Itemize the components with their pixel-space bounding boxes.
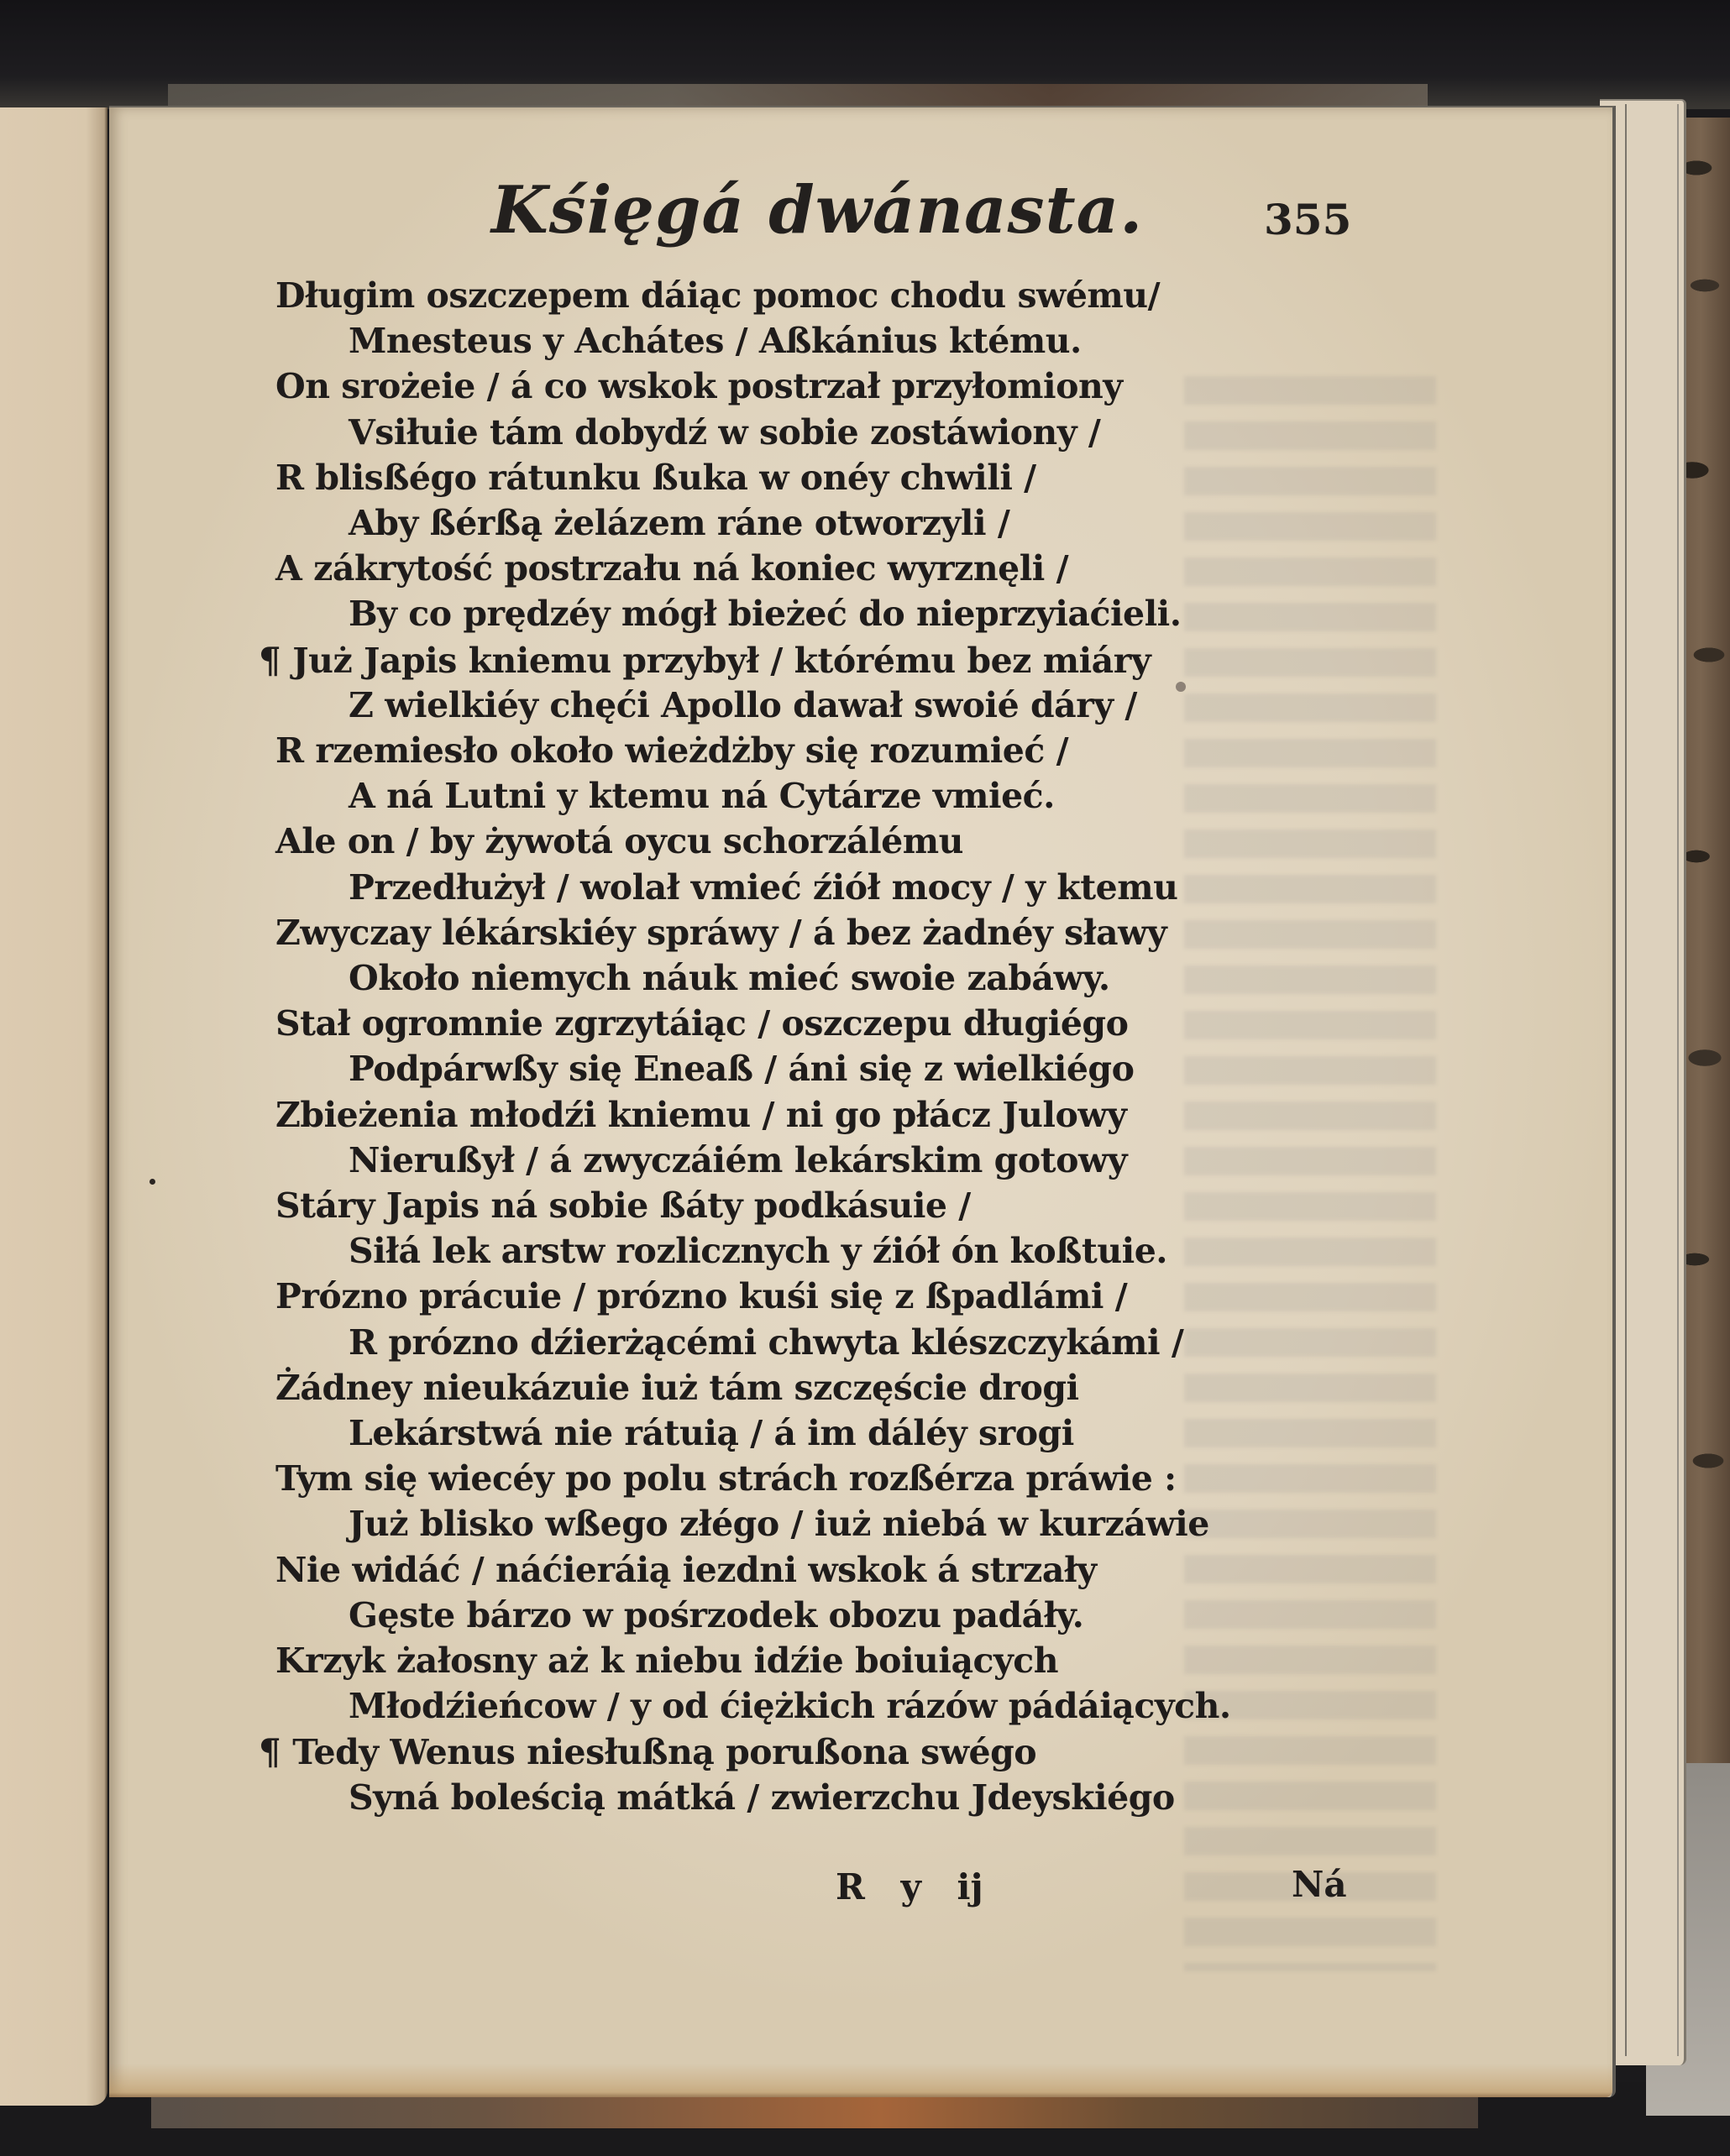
verse-line: By co prędzéy mógł bieżeć do nieprzyiaći… <box>349 594 1182 634</box>
verse-text: Vsiłuie tám dobydź w sobie zostáwiony / <box>349 412 1100 453</box>
verse-line: Stáry Japis ná sobie ßáty podkásuie / <box>275 1185 971 1226</box>
verse-line: Z wielkiéy chęći Apollo dawał swoié dáry… <box>349 685 1137 725</box>
verse-text: Gęste bárzo w pośrzodek obozu padáły. <box>349 1595 1083 1635</box>
verse-text: Podpárwßy się Eneaß / áni się z wielkiég… <box>349 1049 1134 1089</box>
show-through-text <box>1184 376 1436 1971</box>
verse-text: Prózno prácuie / prózno kuśi się z ßpadl… <box>275 1276 1127 1316</box>
page-stack-edge-inner <box>1625 104 1679 2056</box>
verse-line: Lekárstwá nie rátuią / á im dáléy srogi <box>349 1413 1074 1453</box>
verse-text: Lekárstwá nie rátuią / á im dáléy srogi <box>349 1413 1074 1453</box>
verse-line: Krzyk żałosny aż k niebu idźie boiuiącyc… <box>275 1641 1058 1681</box>
verse-text: Stáry Japis ná sobie ßáty podkásuie / <box>275 1185 971 1226</box>
verse-text: Z wielkiéy chęći Apollo dawał swoié dáry… <box>349 685 1137 725</box>
left-page-verso <box>0 107 107 2106</box>
verse-line: R prózno dźierżącémi chwyta klészczykámi… <box>349 1322 1183 1363</box>
verse-text: On srożeie / á co wskok postrzał przyłom… <box>275 366 1123 406</box>
verse-line: Siłá lek arstw rozlicznych y źiół ón koß… <box>349 1231 1167 1271</box>
verse-line: ¶Tedy Wenus niesłußną porußona swégo <box>259 1731 1036 1772</box>
verse-line: Aby ßérßą żelázem ráne otworzyli / <box>349 503 1009 543</box>
verse-text: Tedy Wenus niesłußną porußona swégo <box>292 1732 1036 1772</box>
verse-text: Nierußył / á zwyczáiém lekárskim gotowy <box>349 1140 1127 1180</box>
verse-text: Zwyczay lékárskiéy spráwy / á bez żadnéy… <box>275 913 1166 953</box>
verse-line: Już blisko wßego złégo / iuż niebá w kur… <box>349 1504 1209 1544</box>
verse-text: R prózno dźierżącémi chwyta klészczykámi… <box>349 1322 1183 1363</box>
verse-text: Tym się wiecéy po polu strách rozßérza p… <box>275 1458 1177 1499</box>
verse-line: Nierußył / á zwyczáiém lekárskim gotowy <box>349 1140 1127 1180</box>
verse-text: Aby ßérßą żelázem ráne otworzyli / <box>349 503 1009 543</box>
verse-line: Nie widáć / náćieráią iezdni wskok á str… <box>275 1550 1097 1590</box>
verse-line: Przedłużył / wolał vmieć źiół mocy / y k… <box>349 867 1177 908</box>
catchword: Ná <box>1292 1864 1347 1905</box>
verse-line: ¶Już Japis kniemu przybył / którému bez … <box>259 640 1151 681</box>
verse-text: Stał ogromnie zgrzytáiąc / oszczepu dług… <box>275 1003 1128 1044</box>
verse-line: Syná boleścią mátká / zwierzchu Jdeyskié… <box>349 1777 1175 1818</box>
verse-text: Młodźieńcow / y od ćiężkich rázów pádáią… <box>349 1686 1231 1726</box>
verse-text: Około niemych náuk mieć swoie zabáwy. <box>349 958 1110 998</box>
verse-line: R rzemiesło około wieżdżby się rozumieć … <box>275 730 1068 771</box>
page-number: 355 <box>1264 195 1351 244</box>
verse-text: Przedłużył / wolał vmieć źiół mocy / y k… <box>349 867 1177 908</box>
verse-line: On srożeie / á co wskok postrzał przyłom… <box>275 366 1123 406</box>
ink-speck <box>149 1179 155 1185</box>
pilcrow-icon: ¶ <box>259 640 280 681</box>
verse-line: Tym się wiecéy po polu strách rozßérza p… <box>275 1458 1177 1499</box>
verse-line: Około niemych náuk mieć swoie zabáwy. <box>349 958 1110 998</box>
verse-text: Już blisko wßego złégo / iuż niebá w kur… <box>349 1504 1209 1544</box>
verse-text: By co prędzéy mógł bieżeć do nieprzyiaći… <box>349 594 1182 634</box>
verse-text: A zákrytość postrzału ná koniec wyrznęli… <box>275 548 1068 589</box>
verse-line: Zbieżenia młodźi kniemu / ni go płácz Ju… <box>275 1095 1126 1135</box>
verse-line: R blisßégo rátunku ßuka w onéy chwili / <box>275 458 1036 498</box>
verse-text: Siłá lek arstw rozlicznych y źiół ón koß… <box>349 1231 1167 1271</box>
verse-line: Ale on / by żywotá oycu schorzálému <box>275 821 963 861</box>
verse-line: Żádney nieukázuie iuż tám szczęście drog… <box>275 1368 1079 1408</box>
verse-line: Vsiłuie tám dobydź w sobie zostáwiony / <box>349 412 1100 453</box>
verse-text: Długim oszczepem dáiąc pomoc chodu swému… <box>275 275 1160 316</box>
verse-text: A ná Lutni y ktemu ná Cytárze vmieć. <box>349 776 1055 816</box>
verse-text: R rzemiesło około wieżdżby się rozumieć … <box>275 730 1068 771</box>
verse-text: Syná boleścią mátká / zwierzchu Jdeyskié… <box>349 1777 1175 1818</box>
verse-line: Prózno prácuie / prózno kuśi się z ßpadl… <box>275 1276 1127 1316</box>
verse-line: Stał ogromnie zgrzytáiąc / oszczepu dług… <box>275 1003 1128 1044</box>
verse-text: Zbieżenia młodźi kniemu / ni go płácz Ju… <box>275 1095 1126 1135</box>
verse-line: A ná Lutni y ktemu ná Cytárze vmieć. <box>349 776 1055 816</box>
verse-text: R blisßégo rátunku ßuka w onéy chwili / <box>275 458 1036 498</box>
verse-line: Gęste bárzo w pośrzodek obozu padáły. <box>349 1595 1083 1635</box>
verse-line: Mnesteus y Achátes / Aßkánius ktému. <box>349 321 1082 361</box>
verse-text: Już Japis kniemu przybył / którému bez m… <box>292 641 1151 681</box>
verse-text: Ale on / by żywotá oycu schorzálému <box>275 821 963 861</box>
verse-line: Młodźieńcow / y od ćiężkich rázów pádáią… <box>349 1686 1231 1726</box>
paper-blemish <box>1176 682 1186 692</box>
pilcrow-icon: ¶ <box>259 1731 280 1772</box>
verse-line: A zákrytość postrzału ná koniec wyrznęli… <box>275 548 1068 589</box>
verse-text: Mnesteus y Achátes / Aßkánius ktému. <box>349 321 1082 361</box>
signature-mark: R y ij <box>836 1866 983 1907</box>
verse-line: Długim oszczepem dáiąc pomoc chodu swému… <box>275 275 1160 316</box>
verse-text: Żádney nieukázuie iuż tám szczęście drog… <box>275 1368 1079 1408</box>
verse-line: Zwyczay lékárskiéy spráwy / á bez żadnéy… <box>275 913 1166 953</box>
verse-text: Nie widáć / náćieráią iezdni wskok á str… <box>275 1550 1097 1590</box>
running-head: Kśięgá dwánasta. <box>491 172 1143 249</box>
verse-line: Podpárwßy się Eneaß / áni się z wielkiég… <box>349 1049 1134 1089</box>
verse-text: Krzyk żałosny aż k niebu idźie boiuiącyc… <box>275 1641 1058 1681</box>
